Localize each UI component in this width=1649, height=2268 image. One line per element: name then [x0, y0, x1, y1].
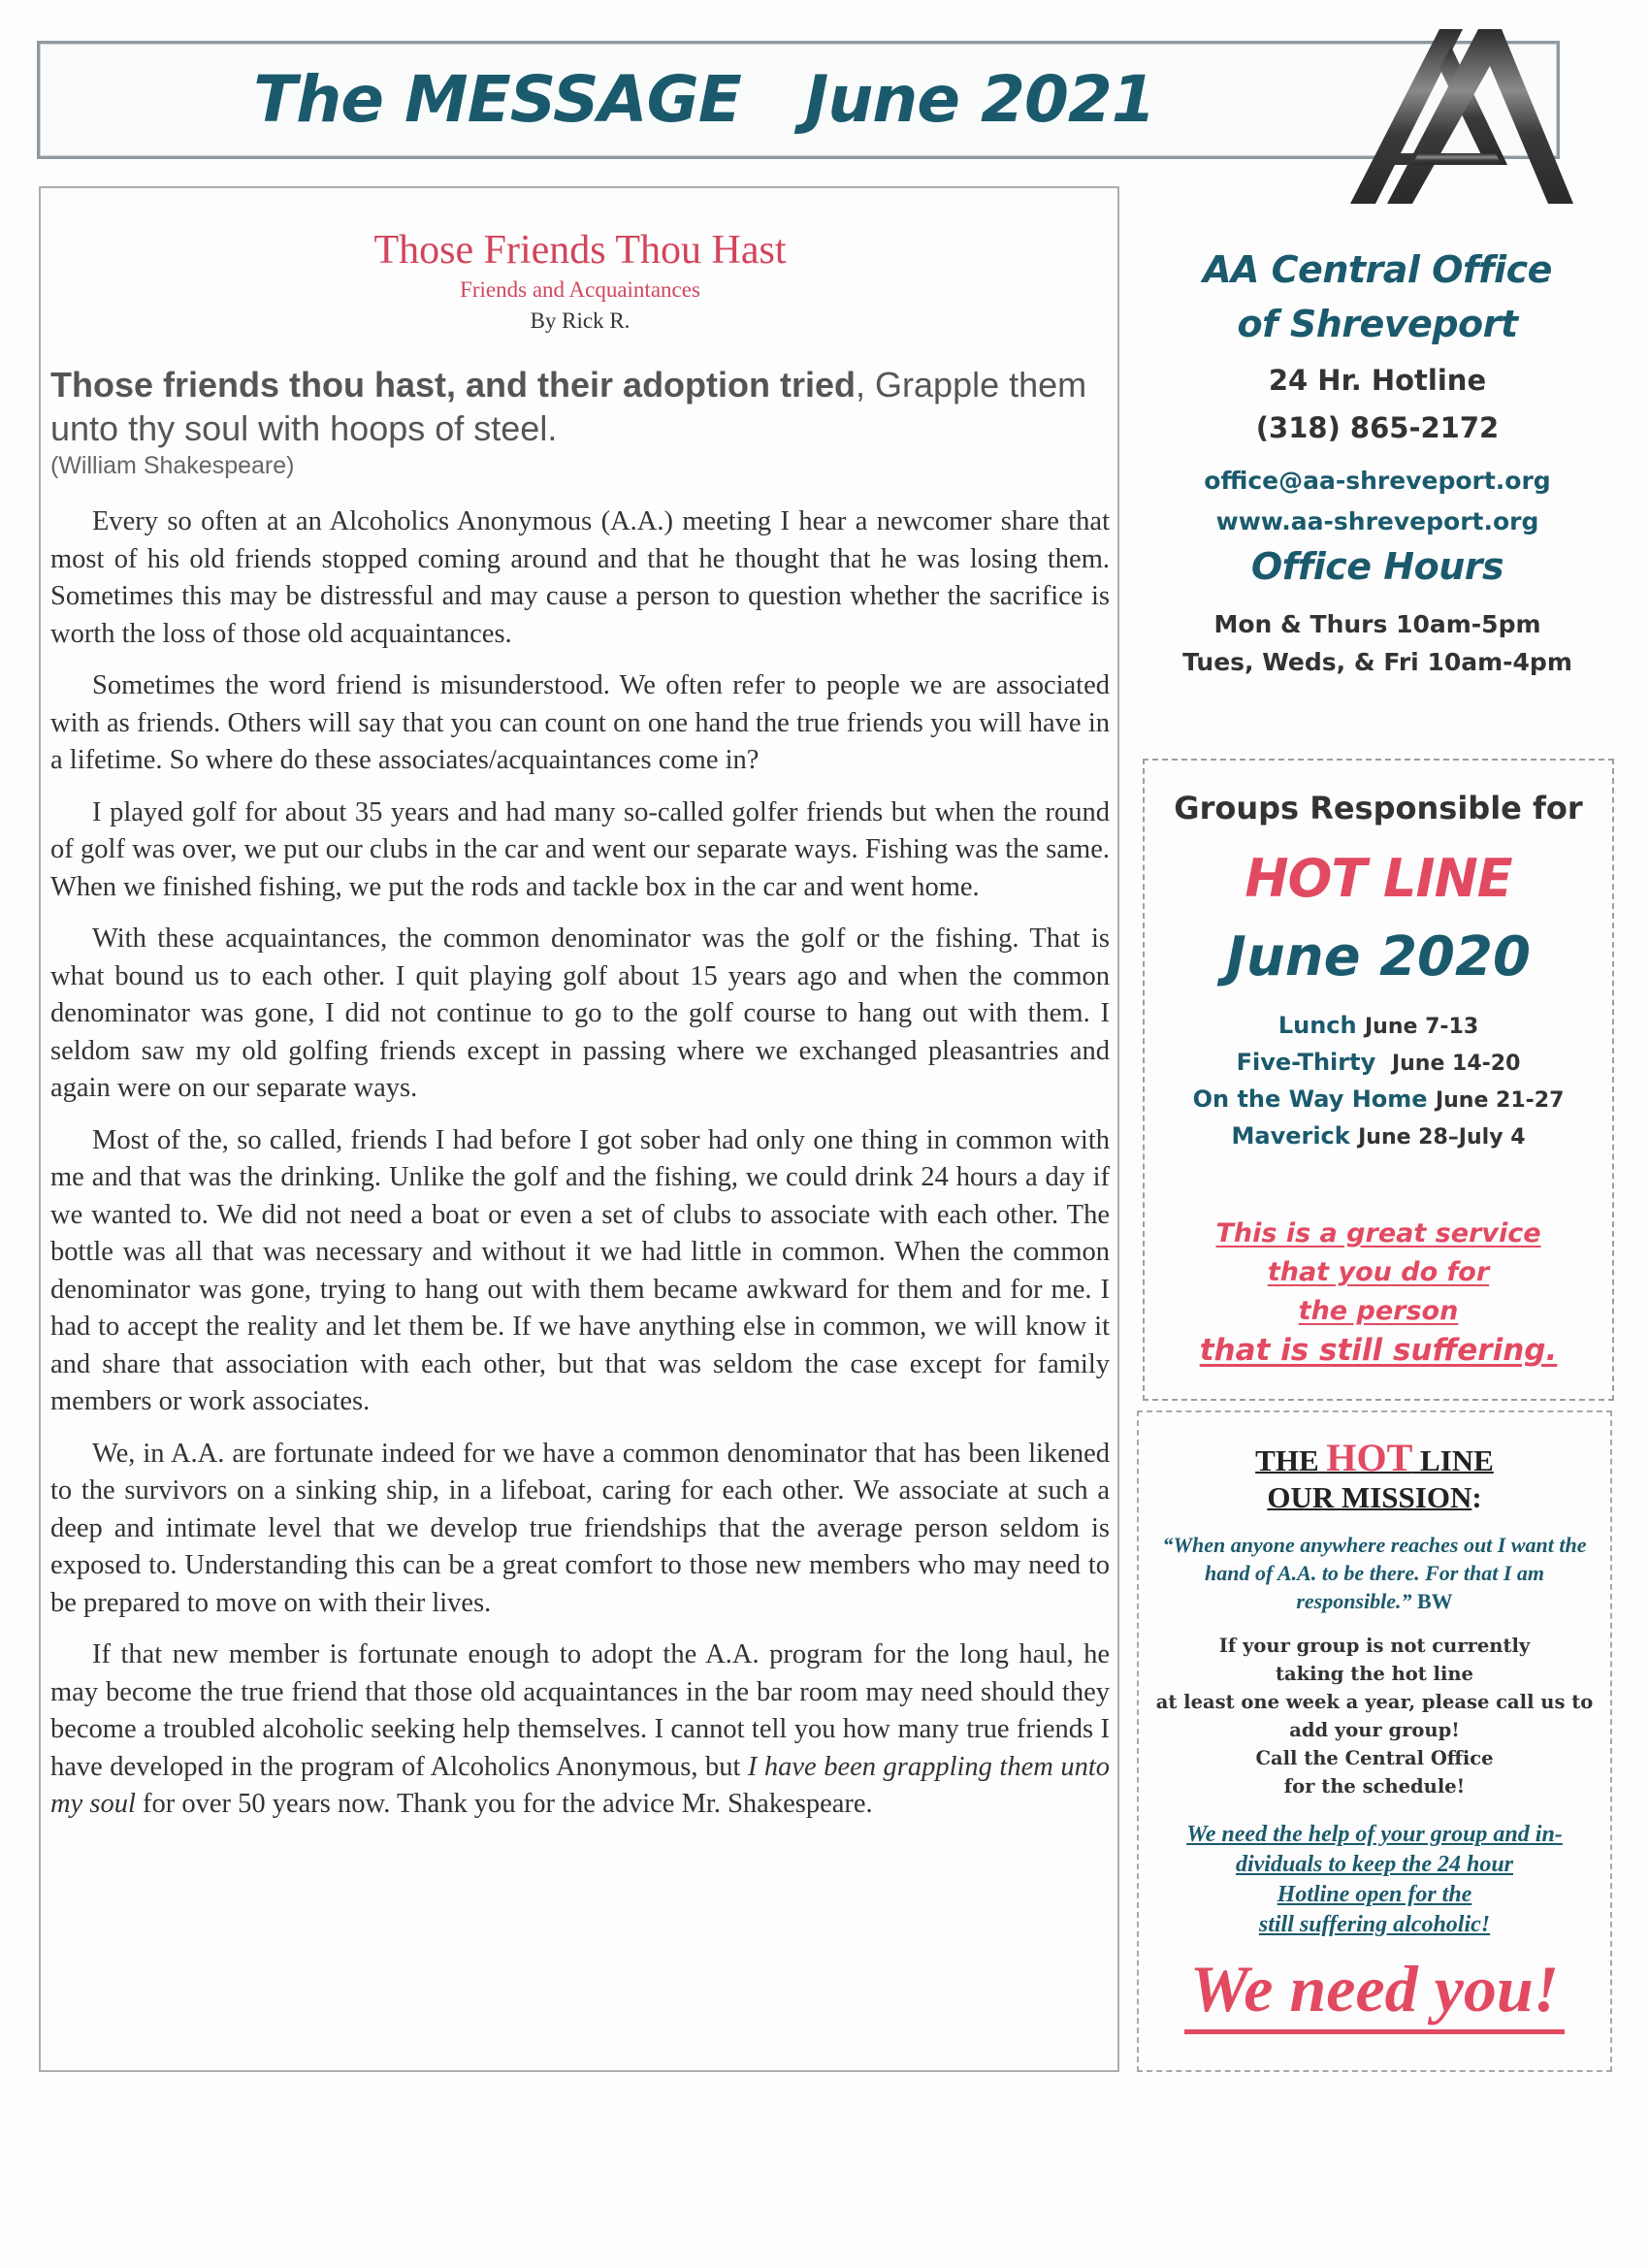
- schedule-row: Five-Thirty June 14-20: [1145, 1045, 1612, 1082]
- newsletter-title: The MESSAGE June 2021: [40, 44, 1369, 156]
- group-name: Maverick: [1231, 1122, 1349, 1150]
- cta-line: for the schedule!: [1139, 1772, 1610, 1800]
- article-paragraph: With these acquaintances, the common den…: [50, 921, 1110, 1108]
- hotline-title: HOT LINE: [1145, 848, 1612, 909]
- cta-line: add your group!: [1139, 1716, 1610, 1744]
- article-paragraph: I played golf for about 35 years and had…: [50, 794, 1110, 907]
- masthead-banner: The MESSAGE June 2021: [37, 41, 1560, 159]
- schedule-heading: Groups Responsible for: [1145, 790, 1612, 826]
- service-line: that is still suffering.: [1200, 1333, 1558, 1368]
- group-dates: June 21-27: [1436, 1088, 1564, 1113]
- group-dates: June 14-20: [1392, 1052, 1520, 1076]
- schedule-row: Maverick June 28–July 4: [1145, 1118, 1612, 1155]
- hotline-schedule-box: Groups Responsible for HOT LINE June 202…: [1143, 759, 1614, 1401]
- service-line: that you do for: [1268, 1257, 1489, 1287]
- help-line: dividuals to keep the 24 hour: [1236, 1852, 1513, 1877]
- email-link[interactable]: office@aa-shreveport.org: [1135, 458, 1620, 504]
- article-body: Every so often at an Alcoholics Anonymou…: [50, 503, 1110, 1838]
- cta-line: taking the hot line: [1139, 1660, 1610, 1688]
- hotline-phone[interactable]: (318) 865-2172: [1135, 405, 1620, 452]
- hotline-mission-box: THE HOT LINE OUR MISSION: “When anyone a…: [1137, 1410, 1612, 2072]
- office-hours-title: Office Hours: [1135, 539, 1620, 594]
- website-link[interactable]: www.aa-shreveport.org: [1135, 504, 1620, 539]
- aa-logo-icon: [1350, 17, 1573, 208]
- heading-the: THE: [1255, 1443, 1318, 1477]
- heading-colon: :: [1471, 1480, 1481, 1514]
- call-to-action: If your group is not currently taking th…: [1139, 1632, 1610, 1800]
- help-request: We need the help of your group and in- d…: [1145, 1820, 1604, 1940]
- cta-line: at least one week a year, please call us…: [1139, 1688, 1610, 1716]
- group-dates: June 28–July 4: [1358, 1125, 1525, 1150]
- group-name: Lunch: [1278, 1012, 1357, 1039]
- schedule-row: On the Way Home June 21-27: [1145, 1082, 1612, 1118]
- article-panel: Those Friends Thou Hast Friends and Acqu…: [39, 186, 1119, 2072]
- article-paragraph: We, in A.A. are fortunate indeed for we …: [50, 1436, 1110, 1623]
- we-need-you-banner: We need you!: [1139, 1951, 1610, 2027]
- org-name-line2: of Shreveport: [1135, 297, 1620, 351]
- quote-text: “When anyone anywhere reaches out I want…: [1163, 1533, 1587, 1613]
- help-line: still suffering alcoholic!: [1259, 1912, 1490, 1937]
- schedule-month: June 2020: [1145, 925, 1612, 988]
- group-name: On the Way Home: [1193, 1085, 1428, 1113]
- office-hours-line: Tues, Weds, & Fri 10am-4pm: [1135, 643, 1620, 681]
- article-paragraph-last: If that new member is fortunate enough t…: [50, 1636, 1110, 1824]
- quote-author: BW: [1417, 1589, 1453, 1613]
- cta-line: If your group is not currently: [1139, 1632, 1610, 1660]
- help-line: Hotline open for the: [1277, 1882, 1472, 1907]
- mission-heading: THE HOT LINE OUR MISSION:: [1139, 1440, 1610, 1516]
- article-paragraph: Most of the, so called, friends I had be…: [50, 1122, 1110, 1421]
- group-dates: June 7-13: [1365, 1015, 1478, 1039]
- group-schedule-list: Lunch June 7-13 Five-Thirty June 14-20 O…: [1145, 1008, 1612, 1155]
- office-hours-line: Mon & Thurs 10am-5pm: [1135, 605, 1620, 643]
- group-name: Five-Thirty: [1237, 1049, 1376, 1076]
- service-line: This is a great service: [1215, 1218, 1540, 1248]
- article-paragraph: Every so often at an Alcoholics Anonymou…: [50, 503, 1110, 653]
- heading-hot: HOT: [1326, 1436, 1412, 1479]
- service-line: the person: [1299, 1296, 1459, 1326]
- article-title: Those Friends Thou Hast: [50, 227, 1110, 274]
- hotline-label: 24 Hr. Hotline: [1135, 357, 1620, 405]
- org-name-line1: AA Central Office: [1135, 243, 1620, 297]
- cta-line: Call the Central Office: [1139, 1744, 1610, 1772]
- article-paragraph: Sometimes the word friend is misundersto…: [50, 667, 1110, 780]
- article-byline: By Rick R.: [50, 308, 1110, 334]
- schedule-row: Lunch June 7-13: [1145, 1008, 1612, 1045]
- text-run: for over 50 years now. Thank you for the…: [136, 1789, 873, 1819]
- heading-our-mission: OUR MISSION: [1267, 1480, 1471, 1514]
- epigraph-attribution: (William Shakespeare): [50, 452, 294, 480]
- heading-line: LINE: [1420, 1443, 1494, 1477]
- epigraph-quote: Those friends thou hast, and their adopt…: [50, 363, 1090, 450]
- service-message: This is a great service that you do for …: [1145, 1215, 1612, 1372]
- article-subtitle: Friends and Acquaintances: [50, 277, 1110, 303]
- help-line: We need the help of your group and in-: [1186, 1822, 1563, 1847]
- epigraph-bold: Those friends thou hast, and their adopt…: [50, 365, 856, 405]
- we-need-you-text: We need you!: [1184, 1952, 1565, 2034]
- responsibility-quote: “When anyone anywhere reaches out I want…: [1147, 1531, 1602, 1615]
- central-office-contact: AA Central Office of Shreveport 24 Hr. H…: [1135, 243, 1620, 681]
